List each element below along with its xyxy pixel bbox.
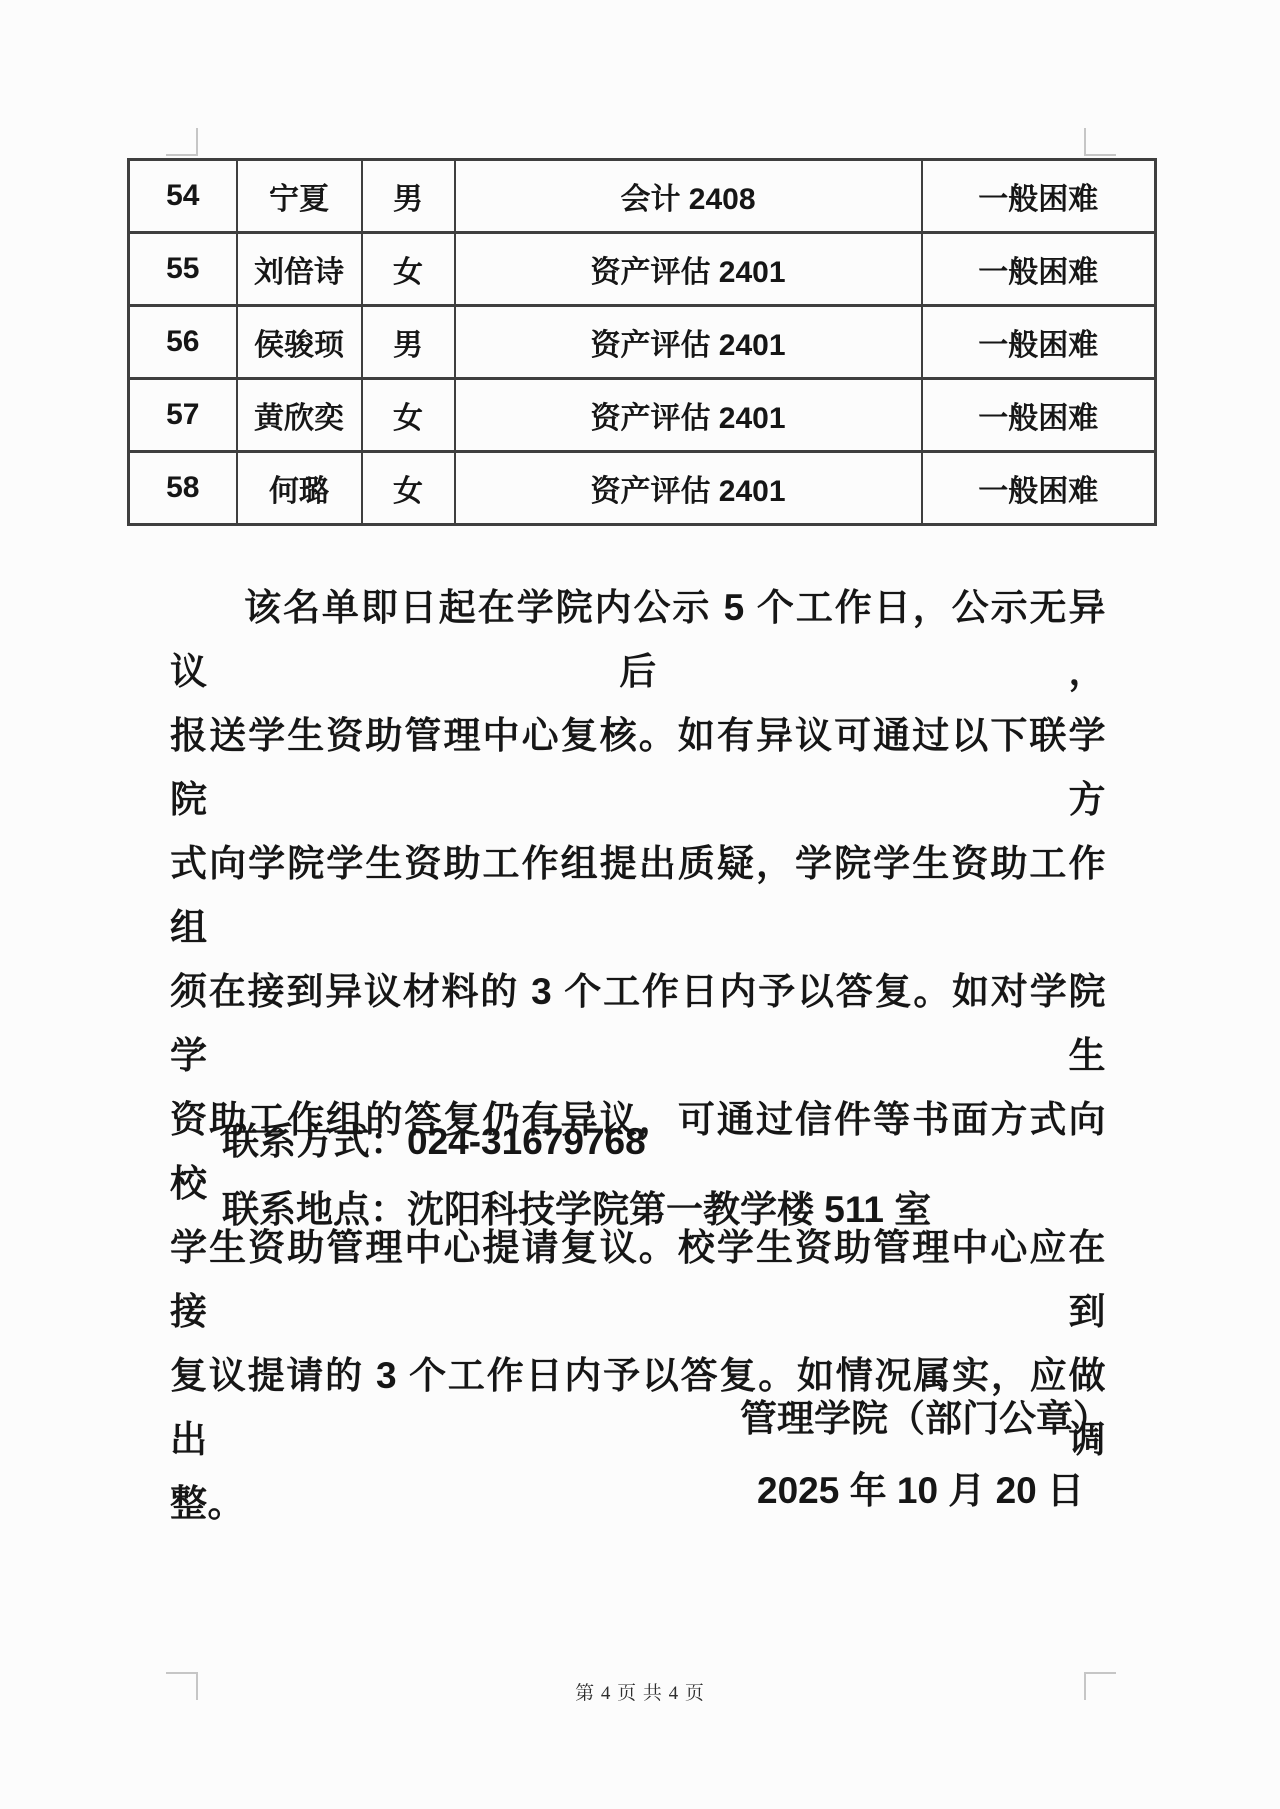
cell-difficulty-level: 一般困难 <box>922 452 1156 525</box>
margin-crop-mark-top-left <box>166 128 198 156</box>
cell-difficulty-level: 一般困难 <box>922 306 1156 379</box>
cell-gender: 男 <box>362 160 455 233</box>
cell-number: 57 <box>129 379 237 452</box>
table-row: 57 黄欣奕 女 资产评估 2401 一般困难 <box>129 379 1156 452</box>
contact-phone-line: 联系方式：024-31679768 <box>222 1110 646 1174</box>
document-page: 54 宁夏 男 会计 2408 一般困难 55 刘倍诗 女 资产评估 2401 … <box>0 0 1280 1809</box>
cell-name: 侯骏顼 <box>237 306 362 379</box>
notice-line: 该名单即日起在学院内公示 5 个工作日，公示无异议后， <box>170 576 1106 704</box>
table-row: 54 宁夏 男 会计 2408 一般困难 <box>129 160 1156 233</box>
cell-number: 56 <box>129 306 237 379</box>
cell-class: 资产评估 2401 <box>455 452 922 525</box>
margin-crop-mark-top-right <box>1084 128 1116 156</box>
table-row: 56 侯骏顼 男 资产评估 2401 一般困难 <box>129 306 1156 379</box>
cell-gender: 女 <box>362 233 455 306</box>
signature-date: 2025 年 10 月 20 日 <box>757 1460 1084 1514</box>
cell-difficulty-level: 一般困难 <box>922 160 1156 233</box>
cell-gender: 女 <box>362 452 455 525</box>
page-number-footer: 第 4 页 共 4 页 <box>0 1678 1280 1705</box>
notice-line: 式向学院学生资助工作组提出质疑，学院学生资助工作组 <box>170 832 1106 960</box>
cell-name: 宁夏 <box>237 160 362 233</box>
cell-class: 会计 2408 <box>455 160 922 233</box>
cell-name: 黄欣奕 <box>237 379 362 452</box>
cell-difficulty-level: 一般困难 <box>922 233 1156 306</box>
cell-class: 资产评估 2401 <box>455 233 922 306</box>
cell-name: 刘倍诗 <box>237 233 362 306</box>
cell-name: 何璐 <box>237 452 362 525</box>
cell-class: 资产评估 2401 <box>455 306 922 379</box>
table-row: 55 刘倍诗 女 资产评估 2401 一般困难 <box>129 233 1156 306</box>
contact-address-line: 联系地点：沈阳科技学院第一教学楼 511 室 <box>222 1178 931 1242</box>
notice-line: 报送学生资助管理中心复核。如有异议可通过以下联学院方 <box>170 704 1106 832</box>
cell-number: 55 <box>129 233 237 306</box>
table-row: 58 何璐 女 资产评估 2401 一般困难 <box>129 452 1156 525</box>
cell-number: 54 <box>129 160 237 233</box>
cell-gender: 男 <box>362 306 455 379</box>
cell-difficulty-level: 一般困难 <box>922 379 1156 452</box>
cell-number: 58 <box>129 452 237 525</box>
cell-class: 资产评估 2401 <box>455 379 922 452</box>
signature-organization: 管理学院（部门公章） <box>740 1388 1110 1442</box>
student-roster-table: 54 宁夏 男 会计 2408 一般困难 55 刘倍诗 女 资产评估 2401 … <box>127 158 1157 526</box>
cell-gender: 女 <box>362 379 455 452</box>
notice-line: 须在接到异议材料的 3 个工作日内予以答复。如对学院学生 <box>170 960 1106 1088</box>
